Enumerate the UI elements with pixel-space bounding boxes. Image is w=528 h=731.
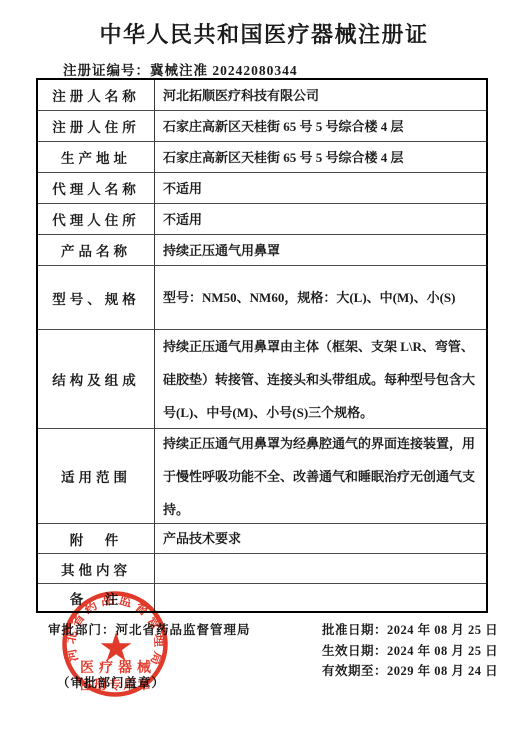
registration-number-value: 冀械注准 20242080344	[150, 63, 298, 78]
approval-date-line: 批准日期：2024 年 08 月 25 日	[322, 620, 498, 641]
row-label: 适用范围	[38, 429, 155, 523]
row-value	[155, 554, 486, 583]
row-value-text: 产品技术要求	[163, 522, 241, 555]
row-value: 不适用	[155, 173, 486, 203]
table-row-agent-name: 代理人名称 不适用	[38, 173, 486, 204]
row-value: 持续正压通气用鼻罩由主体（框架、支架 L\R、弯管、硅胶垫）转接管、连接头和头带…	[155, 330, 486, 428]
certificate-table: 注册人名称 河北拓顺医疗科技有限公司 注册人住所 石家庄高新区天桂街 65 号 …	[36, 78, 488, 613]
approval-date-label: 批准日期：	[322, 623, 387, 637]
table-row-structure-composition: 结构及组成 持续正压通气用鼻罩由主体（框架、支架 L\R、弯管、硅胶垫）转接管、…	[38, 330, 486, 429]
row-value-text: 不适用	[163, 203, 202, 236]
row-value-text: 石家庄高新区天桂街 65 号 5 号综合楼 4 层	[163, 141, 404, 174]
approval-date-value: 2024 年 08 月 25 日	[387, 623, 498, 637]
table-row-registrant-address: 注册人住所 石家庄高新区天桂街 65 号 5 号综合楼 4 层	[38, 111, 486, 142]
row-label: 型号、规格	[38, 266, 155, 329]
table-row-registrant-name: 注册人名称 河北拓顺医疗科技有限公司	[38, 80, 486, 111]
expiry-date-line: 有效期至：2029 年 08 月 24 日	[322, 661, 498, 682]
registration-number-label: 注册证编号：	[63, 63, 150, 78]
row-label: 备 注	[38, 584, 155, 611]
table-row-product-name: 产品名称 持续正压通气用鼻罩	[38, 235, 486, 266]
certificate-page: 中华人民共和国医疗器械注册证 注册证编号：冀械注准 20242080344 注册…	[0, 0, 528, 731]
effective-date-line: 生效日期：2024 年 08 月 25 日	[322, 641, 498, 662]
row-value: 产品技术要求	[155, 524, 486, 553]
registration-number-line: 注册证编号：冀械注准 20242080344	[63, 59, 298, 79]
row-label: 产品名称	[38, 235, 155, 265]
row-value: 持续正压通气用鼻罩为经鼻腔通气的界面连接装置，用于慢性呼吸功能不全、改善通气和睡…	[155, 429, 486, 523]
page-title: 中华人民共和国医疗器械注册证	[0, 18, 528, 49]
table-row-remarks: 备 注	[38, 584, 486, 611]
table-row-intended-use: 适用范围 持续正压通气用鼻罩为经鼻腔通气的界面连接装置，用于慢性呼吸功能不全、改…	[38, 429, 486, 524]
row-label: 代理人住所	[38, 204, 155, 234]
table-row-model-spec: 型号、规格 型号：NM50、NM60，规格：大(L)、中(M)、小(S)	[38, 266, 486, 330]
approval-department-value: 河北省药品监督管理局	[116, 623, 251, 637]
effective-date-label: 生效日期：	[322, 644, 387, 658]
row-label: 代理人名称	[38, 173, 155, 203]
row-label: 其他内容	[38, 554, 155, 583]
row-value-text: 石家庄高新区天桂街 65 号 5 号综合楼 4 层	[163, 110, 404, 143]
row-value-text: 持续正压通气用鼻罩	[163, 234, 280, 267]
approval-department-label: 审批部门：	[48, 623, 116, 637]
expiry-date-value: 2029 年 08 月 24 日	[387, 664, 498, 678]
row-value	[155, 584, 486, 611]
row-value: 持续正压通气用鼻罩	[155, 235, 486, 265]
effective-date-value: 2024 年 08 月 25 日	[387, 644, 498, 658]
row-label: 生产地址	[38, 142, 155, 172]
table-row-other-content: 其他内容	[38, 554, 486, 584]
table-row-agent-address: 代理人住所 不适用	[38, 204, 486, 235]
row-value: 石家庄高新区天桂街 65 号 5 号综合楼 4 层	[155, 142, 486, 172]
row-label: 注册人名称	[38, 80, 155, 110]
row-value-text: 不适用	[163, 172, 202, 205]
row-label: 附 件	[38, 524, 155, 553]
row-value-text: 型号：NM50、NM60，规格：大(L)、中(M)、小(S)	[163, 281, 455, 314]
expiry-date-label: 有效期至：	[322, 664, 387, 678]
row-value: 河北拓顺医疗科技有限公司	[155, 80, 486, 110]
row-label: 注册人住所	[38, 111, 155, 141]
seal-note: （审批部门盖章）	[57, 673, 165, 691]
dates-block: 批准日期：2024 年 08 月 25 日 生效日期：2024 年 08 月 2…	[322, 620, 498, 682]
row-value-text: 持续正压通气用鼻罩为经鼻腔通气的界面连接装置，用于慢性呼吸功能不全、改善通气和睡…	[163, 427, 477, 526]
row-value: 型号：NM50、NM60，规格：大(L)、中(M)、小(S)	[155, 266, 486, 329]
approval-department-line: 审批部门：河北省药品监督管理局	[48, 620, 251, 638]
row-label: 结构及组成	[38, 330, 155, 428]
table-row-attachment: 附 件 产品技术要求	[38, 524, 486, 554]
row-value-text: 河北拓顺医疗科技有限公司	[163, 79, 319, 112]
table-row-production-address: 生产地址 石家庄高新区天桂街 65 号 5 号综合楼 4 层	[38, 142, 486, 173]
row-value-text: 持续正压通气用鼻罩由主体（框架、支架 L\R、弯管、硅胶垫）转接管、连接头和头带…	[163, 330, 477, 429]
row-value: 石家庄高新区天桂街 65 号 5 号综合楼 4 层	[155, 111, 486, 141]
row-value: 不适用	[155, 204, 486, 234]
